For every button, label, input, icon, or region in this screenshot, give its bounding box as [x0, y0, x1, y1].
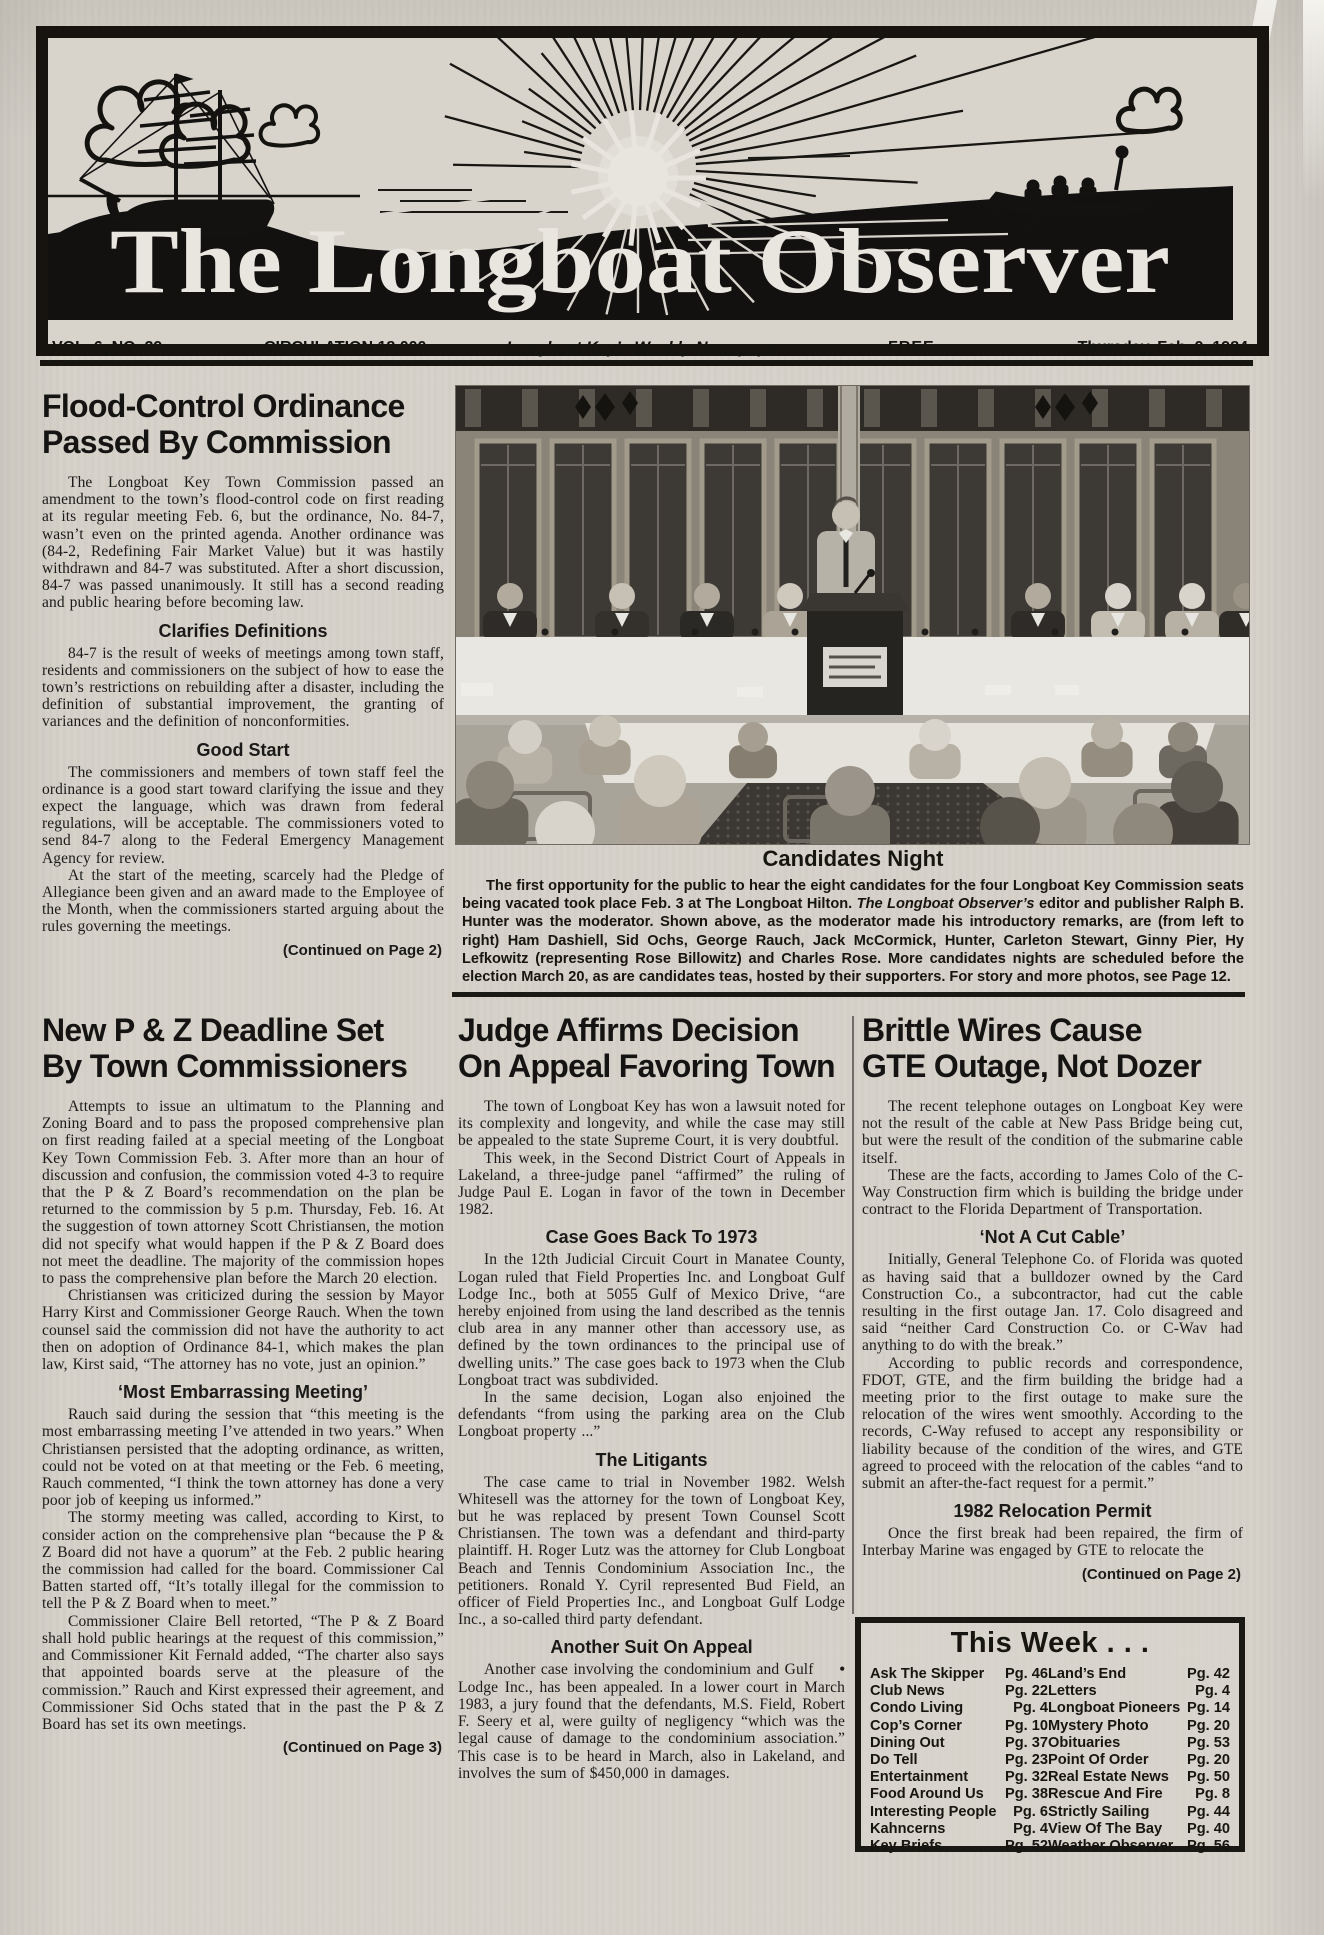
index-entry-name: Letters [1048, 1683, 1097, 1700]
masthead-illustration: The Longboat Observer [48, 38, 1233, 320]
article-subhead: ‘Most Embarrassing Meeting’ [42, 1382, 444, 1403]
index-entry-name: Longboat Pioneers [1048, 1700, 1180, 1717]
continued-note: (Continued on Page 2) [42, 942, 442, 959]
article-paragraph: Christiansen was criticized during the s… [42, 1287, 444, 1373]
article-paragraph: The recent telephone outages on Longboat… [862, 1098, 1243, 1167]
article-headline: Judge Affirms Decision On Appeal Favorin… [458, 1012, 845, 1084]
index-entry-name: Obituaries [1048, 1735, 1120, 1752]
headline-line: GTE Outage, Not Dozer [862, 1048, 1243, 1084]
index-entry-page: Pg. 42 [1187, 1666, 1230, 1683]
index-entry-page: Pg. 53 [1187, 1735, 1230, 1752]
index-row: LettersPg. 4 [1048, 1683, 1230, 1700]
continued-note: (Continued on Page 3) [42, 1739, 442, 1756]
article-judge-affirms: Judge Affirms Decision On Appeal Favorin… [458, 1012, 845, 1932]
index-entry-page: Pg. 38 [1005, 1786, 1048, 1803]
index-columns: Ask The SkipperPg. 46 Club NewsPg. 22 Co… [861, 1666, 1239, 1855]
index-entry-name: Point Of Order [1048, 1752, 1149, 1769]
article-paragraph: This week, in the Second District Court … [458, 1150, 845, 1219]
article-pz-deadline: New P & Z Deadline Set By Town Commissio… [42, 1012, 444, 1932]
photo-caption: Candidates Night The first opportunity f… [462, 846, 1244, 990]
index-entry-name: Key Briefs [870, 1838, 942, 1855]
info-bar: VOL. 6, NO. 29 CIRCULATION 18,000 Longbo… [40, 336, 1250, 360]
index-entry-name: Entertainment [870, 1769, 968, 1786]
index-row: Strictly SailingPg. 44 [1048, 1804, 1230, 1821]
masthead: The Longboat Observer [36, 26, 1269, 356]
article-paragraph: Initially, General Telephone Co. of Flor… [862, 1251, 1243, 1354]
headline-line: Passed By Commission [42, 424, 444, 460]
article-subhead: Case Goes Back To 1973 [458, 1227, 845, 1248]
continued-note: (Continued on Page 2) [862, 1566, 1241, 1583]
index-entry-page: Pg. 44 [1187, 1804, 1230, 1821]
issue-date: Thursday, Feb. 9, 1984 [1078, 336, 1248, 360]
index-entry-page: Pg. 52 [1005, 1838, 1048, 1855]
index-row: Dining OutPg. 37 [870, 1735, 1048, 1752]
paragraph-text: Another case involving the condominium a… [458, 1661, 845, 1781]
index-row: ObituariesPg. 53 [1048, 1735, 1230, 1752]
caption-publication-name: The Longboat Observer’s [857, 896, 1035, 912]
article-paragraph: Once the first break had been repaired, … [862, 1525, 1243, 1559]
index-column-left: Ask The SkipperPg. 46 Club NewsPg. 22 Co… [870, 1666, 1048, 1855]
article-paragraph: 84-7 is the result of weeks of meetings … [42, 645, 444, 731]
index-entry-page: Pg. 4 [1013, 1700, 1048, 1717]
index-row: Land’s EndPg. 42 [1048, 1666, 1230, 1683]
index-entry-page: Pg. 37 [1005, 1735, 1048, 1752]
index-entry-page: Pg. 32 [1005, 1769, 1048, 1786]
index-row: Longboat PioneersPg. 14 [1048, 1700, 1230, 1717]
index-column-right: Land’s EndPg. 42 LettersPg. 4 Longboat P… [1048, 1666, 1230, 1855]
index-entry-page: Pg. 10 [1005, 1718, 1048, 1735]
index-row: Food Around UsPg. 38 [870, 1786, 1048, 1803]
index-entry-page: Pg. 22 [1005, 1683, 1048, 1700]
index-row: Rescue And FirePg. 8 [1048, 1786, 1230, 1803]
this-week-index: This Week . . . Ask The SkipperPg. 46 Cl… [855, 1617, 1245, 1852]
index-entry-name: View Of The Bay [1048, 1821, 1162, 1838]
index-entry-name: Do Tell [870, 1752, 918, 1769]
index-row: Mystery PhotoPg. 20 [1048, 1718, 1230, 1735]
index-row: KahncernsPg. 4 [870, 1821, 1048, 1838]
paper-edge [1303, 0, 1324, 200]
index-entry-page: Pg. 14 [1187, 1700, 1230, 1717]
index-row: Cop’s CornerPg. 10 [870, 1718, 1048, 1735]
article-subhead: The Litigants [458, 1450, 845, 1471]
article-paragraph: The town of Longboat Key has won a lawsu… [458, 1098, 845, 1150]
index-row: Real Estate NewsPg. 50 [1048, 1769, 1230, 1786]
headline-line: On Appeal Favoring Town [458, 1048, 845, 1084]
header-rule [40, 360, 1253, 366]
index-entry-name: Dining Out [870, 1735, 945, 1752]
headline-line: By Town Commissioners [42, 1048, 444, 1084]
index-entry-page: Pg. 20 [1187, 1718, 1230, 1735]
article-subhead: ‘Not A Cut Cable’ [862, 1227, 1243, 1248]
index-entry-name: Rescue And Fire [1048, 1786, 1163, 1803]
article-subhead: 1982 Relocation Permit [862, 1501, 1243, 1522]
index-entry-page: Pg. 6 [1013, 1804, 1048, 1821]
index-row: Point Of OrderPg. 20 [1048, 1752, 1230, 1769]
index-title: This Week . . . [861, 1627, 1239, 1660]
circulation: CIRCULATION 18,000 [264, 336, 426, 360]
article-paragraph: Commissioner Claire Bell retorted, “The … [42, 1613, 444, 1733]
column-rule [852, 1016, 854, 1614]
article-paragraph: These are the facts, according to James … [862, 1167, 1243, 1219]
index-entry-name: Kahncerns [870, 1821, 945, 1838]
article-paragraph: The case came to trial in November 1982.… [458, 1474, 845, 1629]
index-entry-page: Pg. 4 [1195, 1683, 1230, 1700]
index-entry-page: Pg. 40 [1187, 1821, 1230, 1838]
article-paragraph: Rauch said during the session that “this… [42, 1406, 444, 1509]
index-row: Condo LivingPg. 4 [870, 1700, 1048, 1717]
index-entry-page: Pg. 23 [1005, 1752, 1048, 1769]
article-paragraph: At the start of the meeting, scarcely ha… [42, 867, 444, 936]
headline-line: Flood-Control Ordinance [42, 388, 444, 424]
index-entry-page: Pg. 8 [1195, 1786, 1230, 1803]
index-entry-name: Weather Observer [1048, 1838, 1173, 1855]
index-entry-name: Real Estate News [1048, 1769, 1169, 1786]
index-row: EntertainmentPg. 32 [870, 1769, 1048, 1786]
index-entry-name: Ask The Skipper [870, 1666, 984, 1683]
end-bullet: • [813, 1661, 845, 1678]
caption-title: Candidates Night [462, 846, 1244, 872]
headline-line: Judge Affirms Decision [458, 1012, 845, 1048]
article-flood-control: Flood-Control Ordinance Passed By Commis… [42, 388, 444, 992]
article-paragraph: Attempts to issue an ultimatum to the Pl… [42, 1098, 444, 1287]
index-entry-name: Food Around Us [870, 1786, 984, 1803]
article-paragraph: The Longboat Key Town Commission passed … [42, 474, 444, 612]
index-entry-page: Pg. 50 [1187, 1769, 1230, 1786]
newspaper-front-page: { "masthead": { "title": "The Longboat O… [0, 0, 1324, 1935]
index-row: Club NewsPg. 22 [870, 1683, 1048, 1700]
article-paragraph: In the 12th Judicial Circuit Court in Ma… [458, 1251, 845, 1389]
index-row: View Of The BayPg. 40 [1048, 1821, 1230, 1838]
article-subhead: Clarifies Definitions [42, 621, 444, 642]
index-entry-page: Pg. 4 [1013, 1821, 1048, 1838]
index-entry-name: Mystery Photo [1048, 1718, 1149, 1735]
index-row: Interesting PeoplePg. 6 [870, 1804, 1048, 1821]
index-row: Ask The SkipperPg. 46 [870, 1666, 1048, 1683]
article-paragraph: In the same decision, Logan also enjoine… [458, 1389, 845, 1441]
index-entry-page: Pg. 20 [1187, 1752, 1230, 1769]
index-entry-name: Cop’s Corner [870, 1718, 962, 1735]
article-gte-outage: Brittle Wires Cause GTE Outage, Not Doze… [862, 1012, 1243, 1612]
photo-candidates-night [455, 385, 1250, 845]
article-paragraph: The stormy meeting was called, according… [42, 1509, 444, 1612]
article-headline: Brittle Wires Cause GTE Outage, Not Doze… [862, 1012, 1243, 1084]
article-subhead: Another Suit On Appeal [458, 1637, 845, 1658]
article-subhead: Good Start [42, 740, 444, 761]
index-entry-name: Land’s End [1048, 1666, 1126, 1683]
article-headline: New P & Z Deadline Set By Town Commissio… [42, 1012, 444, 1084]
index-entry-page: Pg. 56 [1187, 1838, 1230, 1855]
article-paragraph: The commissioners and members of town st… [42, 764, 444, 867]
caption-text: The first opportunity for the public to … [462, 877, 1244, 986]
section-rule [452, 992, 1245, 997]
index-row: Do TellPg. 23 [870, 1752, 1048, 1769]
index-entry-name: Interesting People [870, 1804, 997, 1821]
index-entry-name: Strictly Sailing [1048, 1804, 1149, 1821]
tagline: Longboat Key’s Weekly Newspaper [506, 336, 783, 360]
article-paragraph: According to public records and correspo… [862, 1355, 1243, 1493]
article-headline: Flood-Control Ordinance Passed By Commis… [42, 388, 444, 460]
headline-line: New P & Z Deadline Set [42, 1012, 444, 1048]
index-entry-page: Pg. 46 [1005, 1666, 1048, 1683]
index-entry-name: Condo Living [870, 1700, 963, 1717]
article-paragraph: •Another case involving the condominium … [458, 1661, 845, 1781]
index-entry-name: Club News [870, 1683, 945, 1700]
index-row: Weather ObserverPg. 56 [1048, 1838, 1230, 1855]
price: FREE [888, 336, 935, 360]
headline-line: Brittle Wires Cause [862, 1012, 1243, 1048]
masthead-title: The Longboat Observer [110, 210, 1170, 312]
photo-scene [455, 385, 1250, 845]
index-row: Key BriefsPg. 52 [870, 1838, 1048, 1855]
volume-number: VOL. 6, NO. 29 [52, 336, 162, 360]
